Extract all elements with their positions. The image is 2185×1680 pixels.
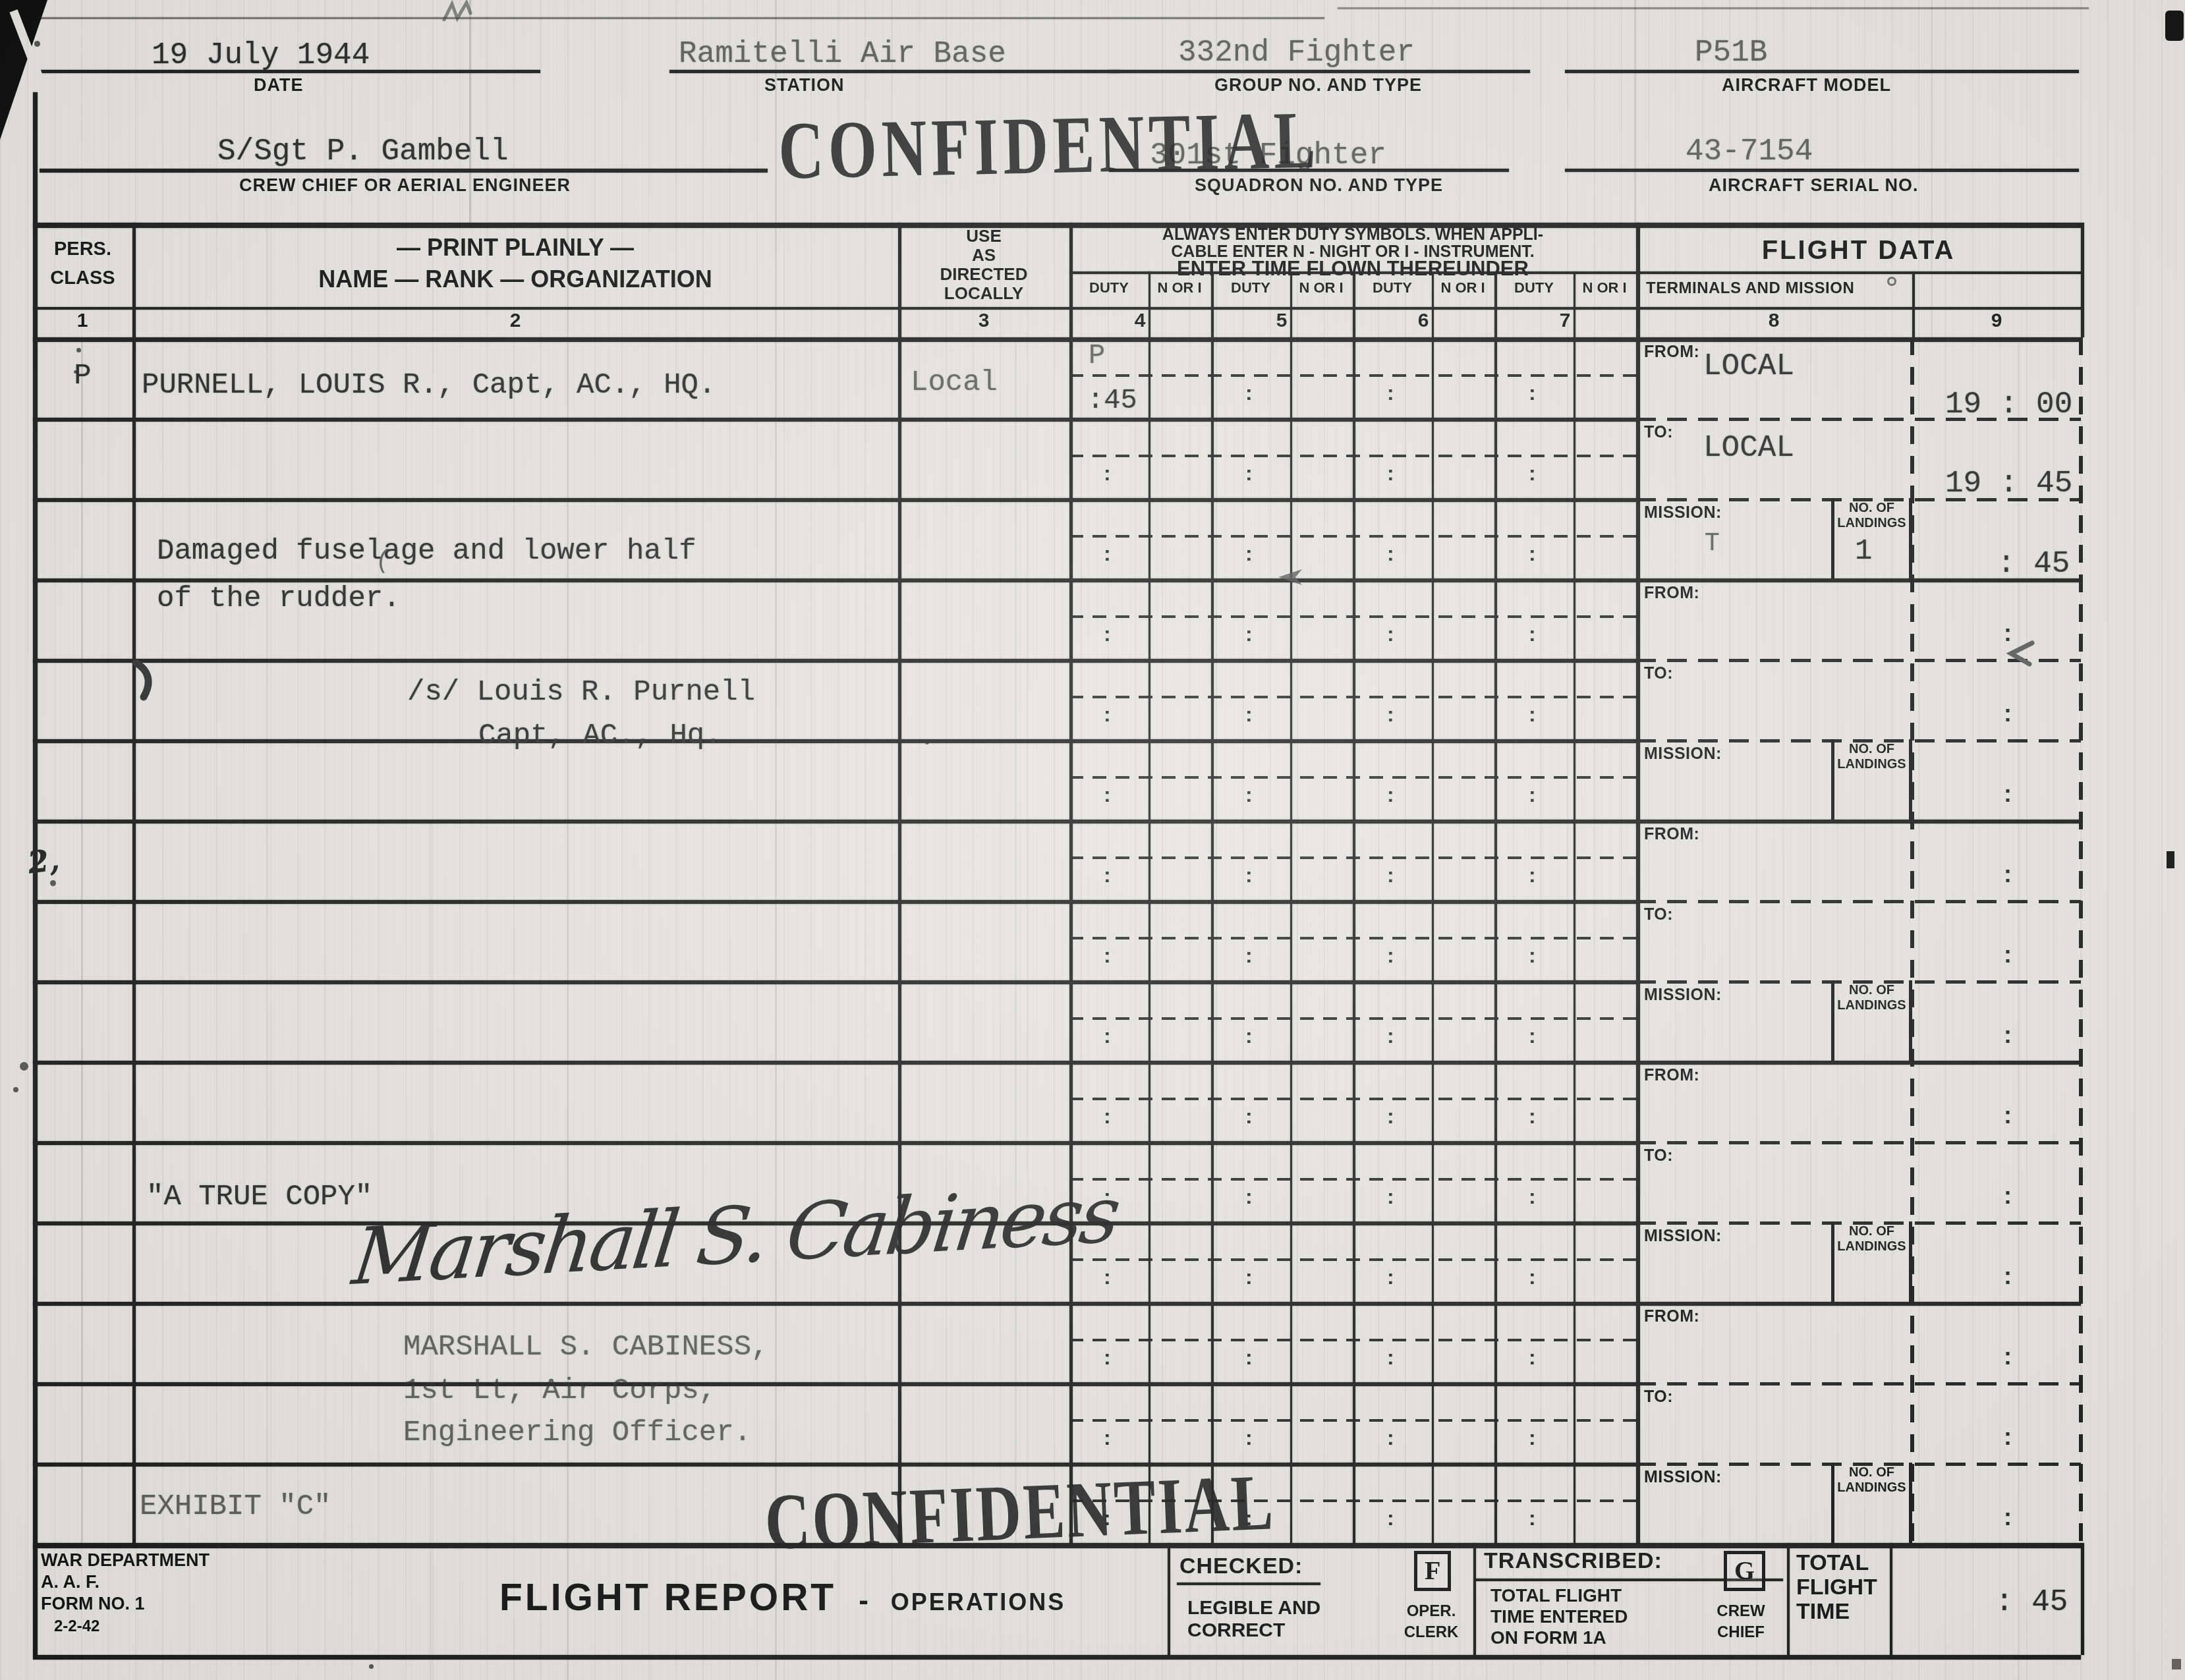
preprinted-colon: :: [1529, 943, 1542, 970]
preprinted-colon: :: [1387, 1345, 1400, 1372]
serial-label: AIRCRAFT SERIAL NO.: [1709, 175, 1919, 196]
duty-split-divider: [1574, 271, 1575, 1543]
flight-block-1-to-time: 19 : 45: [1945, 466, 2072, 501]
preprinted-colon: :: [1529, 1104, 1542, 1131]
form-bottom-border: [33, 1655, 2081, 1660]
preprinted-colon: :: [1529, 1345, 1542, 1372]
pers-class-line1: PERS.: [54, 238, 111, 260]
aircraft-model-underline: [1565, 70, 2079, 73]
landings-label-line1: NO. OF: [1834, 742, 1909, 757]
colnum-2: 2: [482, 310, 548, 332]
from-label: FROM:: [1644, 825, 1699, 844]
footer-divider: [1890, 1543, 1892, 1655]
form-id-block: WAR DEPARTMENT A. A. F. FORM NO. 1 2-2-4…: [41, 1550, 210, 1637]
nori7-label: N OR I: [1575, 279, 1634, 296]
preprinted-colon: :: [1104, 622, 1117, 648]
form-title: FLIGHT REPORT - OPERATIONS: [499, 1576, 1065, 1619]
flight-report-scan: 19 July 1944 DATE Ramitelli Air Base STA…: [0, 0, 2185, 1680]
crew-chief-underline: [40, 169, 768, 173]
preprinted-colon: :: [1104, 1345, 1117, 1372]
flight-block-1-from-time: 19 : 00: [1945, 387, 2072, 422]
transcribed-sub2: TIME ENTERED: [1490, 1606, 1628, 1627]
checked-sub1: LEGIBLE AND: [1187, 1597, 1320, 1619]
group-underline: [1109, 70, 1530, 73]
certifier-line2: 1st Lt, Air Corps,: [403, 1374, 716, 1407]
transcribed-label: TRANSCRIBED:: [1484, 1548, 1662, 1574]
scan-speck: [34, 41, 40, 47]
landings-label-line2: LANDINGS: [1834, 1239, 1909, 1254]
flight-block-1-mission-value: T: [1705, 530, 1720, 558]
preprinted-colon: :: [1104, 783, 1117, 809]
flight-block-5: FROM: TO: MISSION: NO. OF LANDINGS: [1636, 1302, 2081, 1543]
terminals-header: TERMINALS AND MISSION: [1646, 279, 1854, 298]
preprinted-colon: :: [1387, 1104, 1400, 1131]
flight-block-2: FROM: TO: MISSION: NO. OF LANDINGS: [1636, 578, 2081, 820]
colnum-9: 9: [1964, 310, 2029, 332]
nori4-label: N OR I: [1150, 279, 1209, 296]
crew-chief-box-letter: G: [1724, 1551, 1765, 1591]
duty-note-line3: ENTER TIME FLOWN THEREUNDER: [1177, 257, 1529, 280]
preprinted-colon: :: [1529, 783, 1542, 809]
flight-block-1: FROM: LOCAL 19 : 00 TO: LOCAL 19 : 45 MI…: [1636, 337, 2081, 578]
film-edge-blob: [2167, 851, 2174, 868]
duty5-label: DUTY: [1218, 279, 1284, 296]
right-border-header: [2081, 223, 2084, 337]
from-label: FROM:: [1644, 343, 1699, 362]
form-title-main: FLIGHT REPORT: [499, 1576, 836, 1619]
preprinted-colon: :: [1245, 1265, 1259, 1291]
film-edge-blob: [2165, 11, 2184, 41]
total-flight-time-label: TOTAL FLIGHT TIME: [1796, 1551, 1877, 1624]
preprinted-colon: :: [1387, 622, 1400, 648]
preprinted-colon: :: [1245, 702, 1259, 729]
preprinted-colon: :: [1245, 1024, 1259, 1050]
row-line: [33, 980, 1636, 984]
scan-speck: [50, 880, 56, 886]
preprinted-colon: :: [1529, 461, 1542, 488]
duty-split-divider: [1290, 271, 1292, 1543]
checked-underline: [1177, 1582, 1320, 1585]
footer-divider: [1787, 1543, 1790, 1655]
crew-chief-value: S/Sgt P. Gambell: [217, 134, 509, 169]
crew-chief-signer-label: CREW CHIEF: [1701, 1601, 1780, 1643]
preprinted-colon: :: [1245, 461, 1259, 488]
preprinted-colon: :: [1387, 783, 1400, 809]
to-label: TO:: [1644, 423, 1673, 442]
from-label: FROM:: [1644, 1307, 1699, 1326]
film-streak: [81, 337, 83, 1543]
pilot-signature-line1: /s/ Louis R. Purnell: [407, 676, 755, 709]
top-scribble-mark: [440, 0, 482, 24]
row-line: [33, 418, 1636, 422]
colnum-4: 4: [1107, 310, 1173, 332]
col3-divider: [1069, 223, 1073, 1543]
aircraft-model-label: AIRCRAFT MODEL: [1722, 75, 1891, 96]
preprinted-colon: :: [1245, 1345, 1259, 1372]
col8-divider-header: [1912, 271, 1915, 337]
preprinted-colon: :: [1104, 542, 1117, 568]
total-line2: FLIGHT: [1796, 1575, 1877, 1600]
date-value: 19 July 1944: [152, 38, 370, 72]
colnum-1: 1: [49, 310, 115, 332]
station-label: STATION: [764, 75, 845, 96]
landings-box: NO. OF LANDINGS: [1831, 1463, 1912, 1543]
preprinted-colon: :: [1104, 943, 1117, 970]
row-line: [33, 1382, 1636, 1386]
landings-label-line2: LANDINGS: [1834, 516, 1909, 531]
landings-label-line1: NO. OF: [1834, 983, 1909, 998]
duty7-label: DUTY: [1501, 279, 1567, 296]
confidential-stamp-top: CONFIDENTIAL: [778, 93, 1321, 198]
landings-label-line1: NO. OF: [1834, 1224, 1909, 1239]
landings-box: NO. OF LANDINGS: [1831, 1221, 1912, 1302]
duty4-label: DUTY: [1076, 279, 1142, 296]
duty-group-divider: [1353, 271, 1355, 1543]
transcribed-sub1: TOTAL FLIGHT: [1490, 1585, 1622, 1606]
to-label: TO:: [1644, 1387, 1673, 1407]
preprinted-colon: :: [1529, 622, 1542, 648]
landings-label-line1: NO. OF: [1834, 501, 1909, 516]
preprinted-colon: :: [1387, 1185, 1400, 1211]
preprinted-colon: :: [1104, 863, 1117, 889]
top-rule-right: [1338, 7, 2089, 9]
scan-speck: [1887, 277, 1896, 286]
flight-block-3: FROM: TO: MISSION: NO. OF LANDINGS: [1636, 820, 2081, 1061]
mission-label: MISSION:: [1644, 986, 1722, 1005]
preprinted-colon: :: [1104, 702, 1117, 729]
checked-label: CHECKED:: [1179, 1554, 1303, 1579]
print-plainly: — PRINT PLAINLY —: [397, 234, 634, 261]
duty-split-divider: [1149, 271, 1150, 1543]
preprinted-colon: :: [1529, 1265, 1542, 1291]
preprinted-colon: :: [1387, 1506, 1400, 1532]
margin-pen-mark: 2,: [26, 841, 61, 880]
serial-value: 43-7154: [1686, 134, 1813, 169]
exhibit-note: EXHIBIT "C": [140, 1490, 331, 1523]
colnum-7: 7: [1532, 310, 1598, 332]
name-rank-org: NAME — RANK — ORGANIZATION: [318, 266, 712, 293]
mission-label: MISSION:: [1644, 1468, 1722, 1487]
row1-pers-class: P: [33, 360, 132, 393]
pilot-signature-line2: Capt, AC., Hq.: [478, 719, 722, 752]
film-streak: [266, 223, 268, 1655]
preprinted-colon: :: [1387, 1265, 1400, 1291]
from-label: FROM:: [1644, 584, 1699, 603]
scan-speck: [74, 370, 77, 374]
use-line4: LOCALLY: [944, 283, 1023, 303]
serial-underline: [1565, 169, 2079, 172]
duty-note-line1: ALWAYS ENTER DUTY SYMBOLS. WHEN APPLI-: [1162, 225, 1543, 244]
row1-use-local: Local: [911, 366, 998, 399]
to-label: TO:: [1644, 664, 1673, 683]
scan-speck: [76, 348, 81, 352]
pen-chevron-mark: [2003, 636, 2040, 671]
footer-divider: [1168, 1543, 1170, 1655]
to-label: TO:: [1644, 905, 1673, 924]
row1-duty-symbol: P: [1089, 340, 1105, 372]
aircraft-model-value: P51B: [1695, 36, 1767, 70]
colnum-3: 3: [951, 310, 1017, 332]
landings-label-line1: NO. OF: [1834, 1465, 1909, 1480]
flight-block-1-to-value: LOCAL: [1703, 431, 1794, 465]
form-id-line3: FORM NO. 1: [41, 1594, 145, 1613]
certifier-handwritten-signature: Marshall S. Cabiness: [348, 1168, 1122, 1302]
true-copy-note: "A TRUE COPY": [146, 1181, 372, 1214]
duty-note: ALWAYS ENTER DUTY SYMBOLS. WHEN APPLI- C…: [1069, 226, 1636, 279]
row-line: [33, 498, 1636, 502]
form-id-line2: A. A. F.: [41, 1572, 99, 1592]
nori6-label: N OR I: [1433, 279, 1492, 296]
pen-tick-mark: [129, 659, 161, 701]
group-value: 332nd Fighter: [1178, 36, 1415, 70]
preprinted-colon: :: [1387, 542, 1400, 568]
row-line: [33, 1141, 1636, 1145]
preprinted-colon: :: [1245, 1104, 1259, 1131]
preprinted-colon: :: [1245, 783, 1259, 809]
preprinted-colon: :: [1387, 1426, 1400, 1452]
use-line3: DIRECTED: [940, 264, 1028, 284]
col1-divider: [132, 223, 136, 1543]
preprinted-colon: :: [1387, 461, 1400, 488]
preprinted-colon: :: [1529, 702, 1542, 729]
crew-label: CREW: [1717, 1602, 1765, 1620]
film-streak: [1015, 337, 1017, 1543]
preprinted-colon: :: [1104, 1265, 1117, 1291]
total-line3: TIME: [1796, 1599, 1850, 1624]
station-value: Ramitelli Air Base: [679, 37, 1006, 71]
pers-class-header: PERS. CLASS: [33, 235, 132, 293]
scan-speck: [20, 1062, 28, 1071]
oper-clerk-label: OPER. CLERK: [1392, 1601, 1471, 1643]
mission-label: MISSION:: [1644, 1227, 1722, 1246]
preprinted-colon: :: [1387, 943, 1400, 970]
duty-group-divider: [1211, 271, 1214, 1543]
scan-speck: [369, 1664, 374, 1669]
preprinted-colon: :: [1387, 1024, 1400, 1050]
from-label: FROM:: [1644, 1066, 1699, 1085]
preprinted-colon: :: [1245, 1426, 1259, 1452]
to-label: TO:: [1644, 1146, 1673, 1165]
top-rule-left: [36, 17, 1324, 19]
landings-label-line2: LANDINGS: [1834, 757, 1909, 772]
preprinted-colon: :: [1529, 1506, 1542, 1532]
row1-name: PURNELL, LOUIS R., Capt, AC., HQ.: [142, 369, 716, 402]
date-label: DATE: [254, 75, 304, 96]
row-line: [33, 1061, 1636, 1065]
preprinted-colon: :: [1387, 702, 1400, 729]
row-line: [33, 820, 1636, 824]
landings-box: NO. OF LANDINGS: [1831, 739, 1912, 820]
col2-divider: [898, 223, 901, 1543]
preprinted-colon: :: [1529, 1426, 1542, 1452]
row-line: [33, 900, 1636, 904]
flight-block-4: FROM: TO: MISSION: NO. OF LANDINGS: [1636, 1061, 2081, 1302]
preprinted-colon: :: [1387, 381, 1400, 407]
preprinted-colon: :: [1245, 943, 1259, 970]
duty-split-divider: [1432, 271, 1434, 1543]
certifier-line3: Engineering Officer.: [403, 1416, 751, 1449]
landings-label-line2: LANDINGS: [1834, 998, 1909, 1013]
pers-class-line2: CLASS: [50, 267, 115, 289]
form-id-line1: WAR DEPARTMENT: [41, 1550, 210, 1570]
form-id-revision: 2-2-42: [54, 1617, 99, 1635]
preprinted-colon: :: [1529, 863, 1542, 889]
film-streak: [567, 224, 569, 1680]
preprinted-colon: :: [1529, 542, 1542, 568]
row-line: [33, 739, 1636, 743]
colnum-6: 6: [1390, 310, 1456, 332]
flight-block-1-mission-time: : 45: [1997, 547, 2070, 581]
preprinted-colon: :: [1104, 1024, 1117, 1050]
certifier-line1: MARSHALL S. CABINESS,: [403, 1331, 769, 1364]
preprinted-colon: :: [1245, 542, 1259, 568]
flight-block-1-landings: 1: [1855, 535, 1872, 568]
name-header: — PRINT PLAINLY — NAME — RANK — ORGANIZA…: [132, 232, 898, 295]
preprinted-colon: :: [1245, 622, 1259, 648]
use-line1: USE: [966, 226, 1001, 246]
preprinted-colon: :: [1104, 1426, 1117, 1452]
form-title-sub: OPERATIONS: [891, 1588, 1065, 1616]
confidential-stamp-bottom: CONFIDENTIAL: [763, 1457, 1277, 1569]
preprinted-colon: :: [1529, 1185, 1542, 1211]
scan-speck: [925, 741, 929, 744]
use-directed-header: USE AS DIRECTED LOCALLY: [898, 227, 1069, 303]
landings-box: NO. OF LANDINGS: [1831, 980, 1912, 1061]
preprinted-colon: :: [1245, 381, 1259, 407]
duty-group-divider: [1494, 271, 1497, 1543]
total-line1: TOTAL: [1796, 1550, 1869, 1575]
transcribed-sub3: ON FORM 1A: [1490, 1627, 1606, 1648]
flight-data-header: FLIGHT DATA: [1636, 236, 2081, 266]
scan-speck: [13, 1087, 18, 1092]
footer-divider: [1473, 1543, 1476, 1655]
mission-label: MISSION:: [1644, 744, 1722, 764]
oper-label: OPER.: [1407, 1602, 1456, 1620]
row-line: [33, 659, 1636, 663]
nori5-label: N OR I: [1291, 279, 1351, 296]
preprinted-colon: :: [1104, 1104, 1117, 1131]
row1-duty-time: :45: [1087, 385, 1137, 416]
checked-sub2: CORRECT: [1187, 1619, 1285, 1642]
use-line2: AS: [972, 245, 996, 265]
preprinted-colon: :: [1529, 381, 1542, 407]
remarks-line2: of the rudder.: [157, 582, 401, 615]
duty6-label: DUTY: [1359, 279, 1425, 296]
preprinted-colon: :: [1245, 1185, 1259, 1211]
row-line: [33, 1302, 1636, 1306]
preprinted-colon: :: [1104, 461, 1117, 488]
preprinted-colon: :: [1387, 863, 1400, 889]
pencil-arrow-mark: [1274, 565, 1305, 588]
flight-block-1-from-value: LOCAL: [1703, 349, 1794, 383]
colnum-8: 8: [1741, 310, 1807, 332]
chief-label: CHIEF: [1717, 1623, 1765, 1641]
film-edge-blob: [2172, 1659, 2181, 1669]
film-streak: [1634, 0, 1636, 223]
clerk-label: CLERK: [1404, 1623, 1459, 1641]
oper-clerk-box-letter: F: [1414, 1551, 1451, 1591]
landings-label-line2: LANDINGS: [1834, 1480, 1909, 1496]
crew-chief-label: CREW CHIEF OR AERIAL ENGINEER: [239, 175, 571, 196]
total-flight-time-value: : 45: [1995, 1585, 2068, 1619]
row-line: [33, 1463, 1636, 1467]
preprinted-colon: :: [1245, 863, 1259, 889]
colnum-5: 5: [1249, 310, 1315, 332]
preprinted-colon: :: [1529, 1024, 1542, 1050]
mission-label: MISSION:: [1644, 503, 1722, 522]
remarks-line1: Damaged fuselage and lower half: [157, 535, 696, 568]
right-border-footer: [2081, 1543, 2084, 1655]
form-title-separator: -: [859, 1584, 868, 1617]
